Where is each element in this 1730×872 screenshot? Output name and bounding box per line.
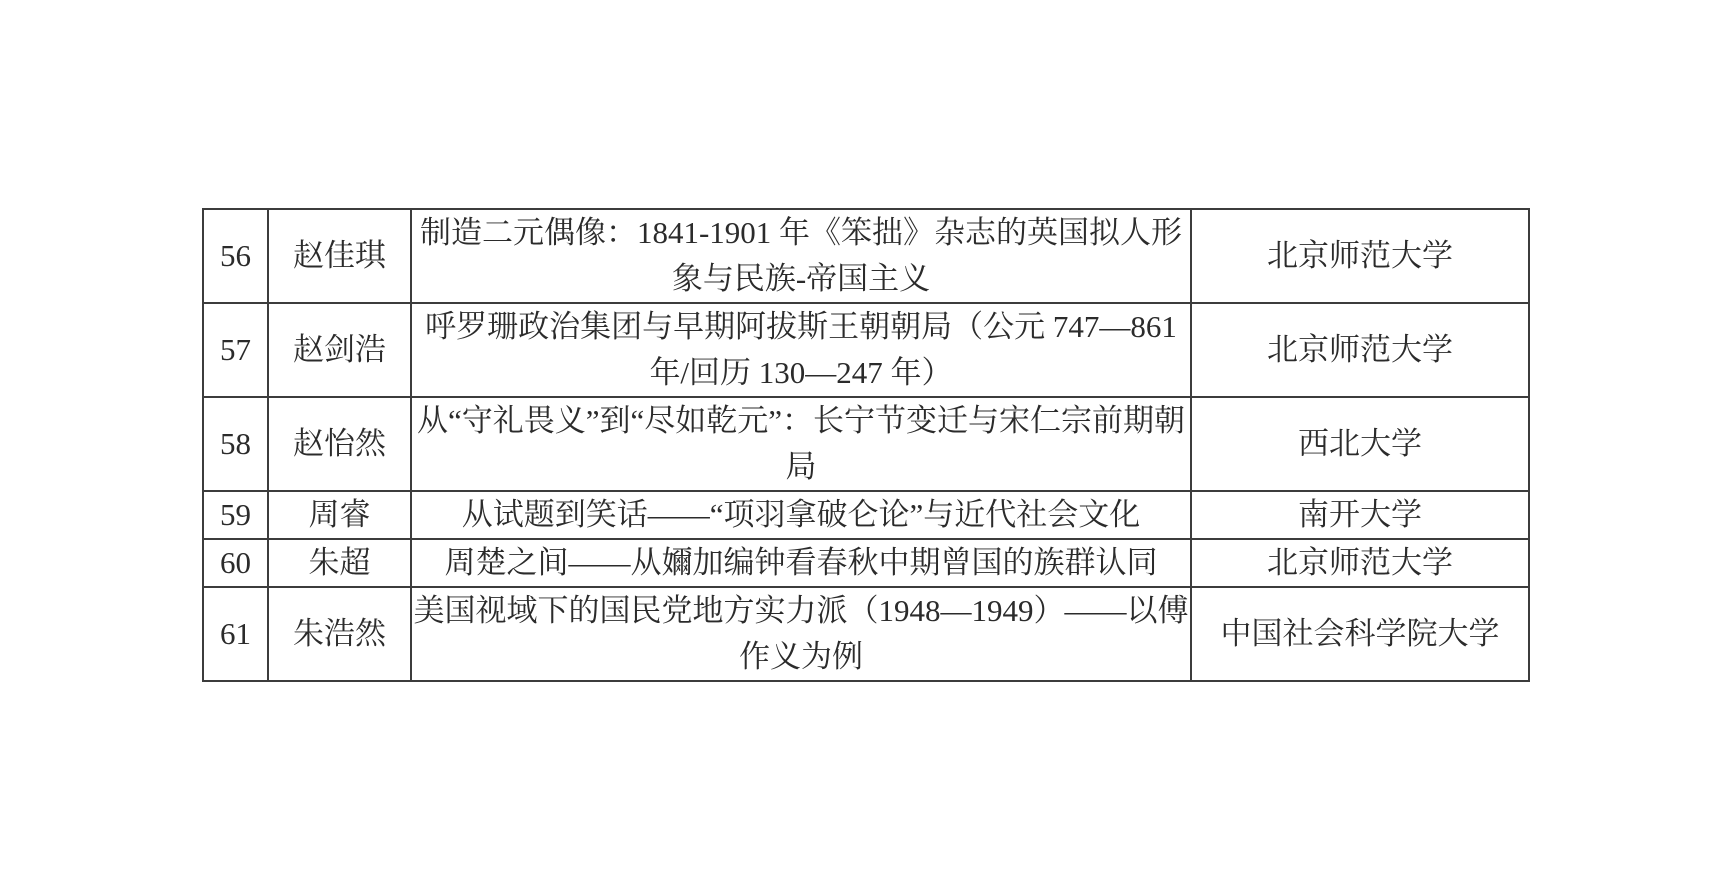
thesis-title-cell: 美国视域下的国民党地方实力派（1948—1949）——以傅作义为例	[411, 587, 1191, 681]
author-name-cell: 朱浩然	[268, 587, 411, 681]
author-name-cell: 朱超	[268, 539, 411, 587]
row-number-cell: 59	[203, 491, 268, 539]
author-name-cell: 周睿	[268, 491, 411, 539]
table-row: 59周睿从试题到笑话——“项羽拿破仑论”与近代社会文化南开大学	[203, 491, 1529, 539]
university-cell: 北京师范大学	[1191, 539, 1529, 587]
university-cell: 中国社会科学院大学	[1191, 587, 1529, 681]
table-row: 57赵剑浩呼罗珊政治集团与早期阿拔斯王朝朝局（公元 747—861 年/回历 1…	[203, 303, 1529, 397]
university-cell: 南开大学	[1191, 491, 1529, 539]
university-cell: 北京师范大学	[1191, 303, 1529, 397]
table-row: 61朱浩然美国视域下的国民党地方实力派（1948—1949）——以傅作义为例中国…	[203, 587, 1529, 681]
thesis-title-cell: 从“守礼畏义”到“尽如乾元”：长宁节变迁与宋仁宗前期朝局	[411, 397, 1191, 491]
university-cell: 西北大学	[1191, 397, 1529, 491]
university-cell: 北京师范大学	[1191, 209, 1529, 303]
row-number-cell: 57	[203, 303, 268, 397]
row-number-cell: 61	[203, 587, 268, 681]
author-name-cell: 赵佳琪	[268, 209, 411, 303]
row-number-cell: 60	[203, 539, 268, 587]
row-number-cell: 56	[203, 209, 268, 303]
table-row: 56赵佳琪制造二元偶像：1841-1901 年《笨拙》杂志的英国拟人形象与民族-…	[203, 209, 1529, 303]
thesis-title-cell: 呼罗珊政治集团与早期阿拔斯王朝朝局（公元 747—861 年/回历 130—24…	[411, 303, 1191, 397]
document-page: 56赵佳琪制造二元偶像：1841-1901 年《笨拙》杂志的英国拟人形象与民族-…	[0, 0, 1730, 872]
thesis-title-cell: 从试题到笑话——“项羽拿破仑论”与近代社会文化	[411, 491, 1191, 539]
table-body: 56赵佳琪制造二元偶像：1841-1901 年《笨拙》杂志的英国拟人形象与民族-…	[203, 209, 1529, 681]
table-row: 58赵怡然从“守礼畏义”到“尽如乾元”：长宁节变迁与宋仁宗前期朝局西北大学	[203, 397, 1529, 491]
thesis-title-cell: 周楚之间——从嬭加编钟看春秋中期曾国的族群认同	[411, 539, 1191, 587]
thesis-title-cell: 制造二元偶像：1841-1901 年《笨拙》杂志的英国拟人形象与民族-帝国主义	[411, 209, 1191, 303]
entries-table: 56赵佳琪制造二元偶像：1841-1901 年《笨拙》杂志的英国拟人形象与民族-…	[202, 208, 1530, 682]
author-name-cell: 赵剑浩	[268, 303, 411, 397]
row-number-cell: 58	[203, 397, 268, 491]
table-row: 60朱超周楚之间——从嬭加编钟看春秋中期曾国的族群认同北京师范大学	[203, 539, 1529, 587]
author-name-cell: 赵怡然	[268, 397, 411, 491]
